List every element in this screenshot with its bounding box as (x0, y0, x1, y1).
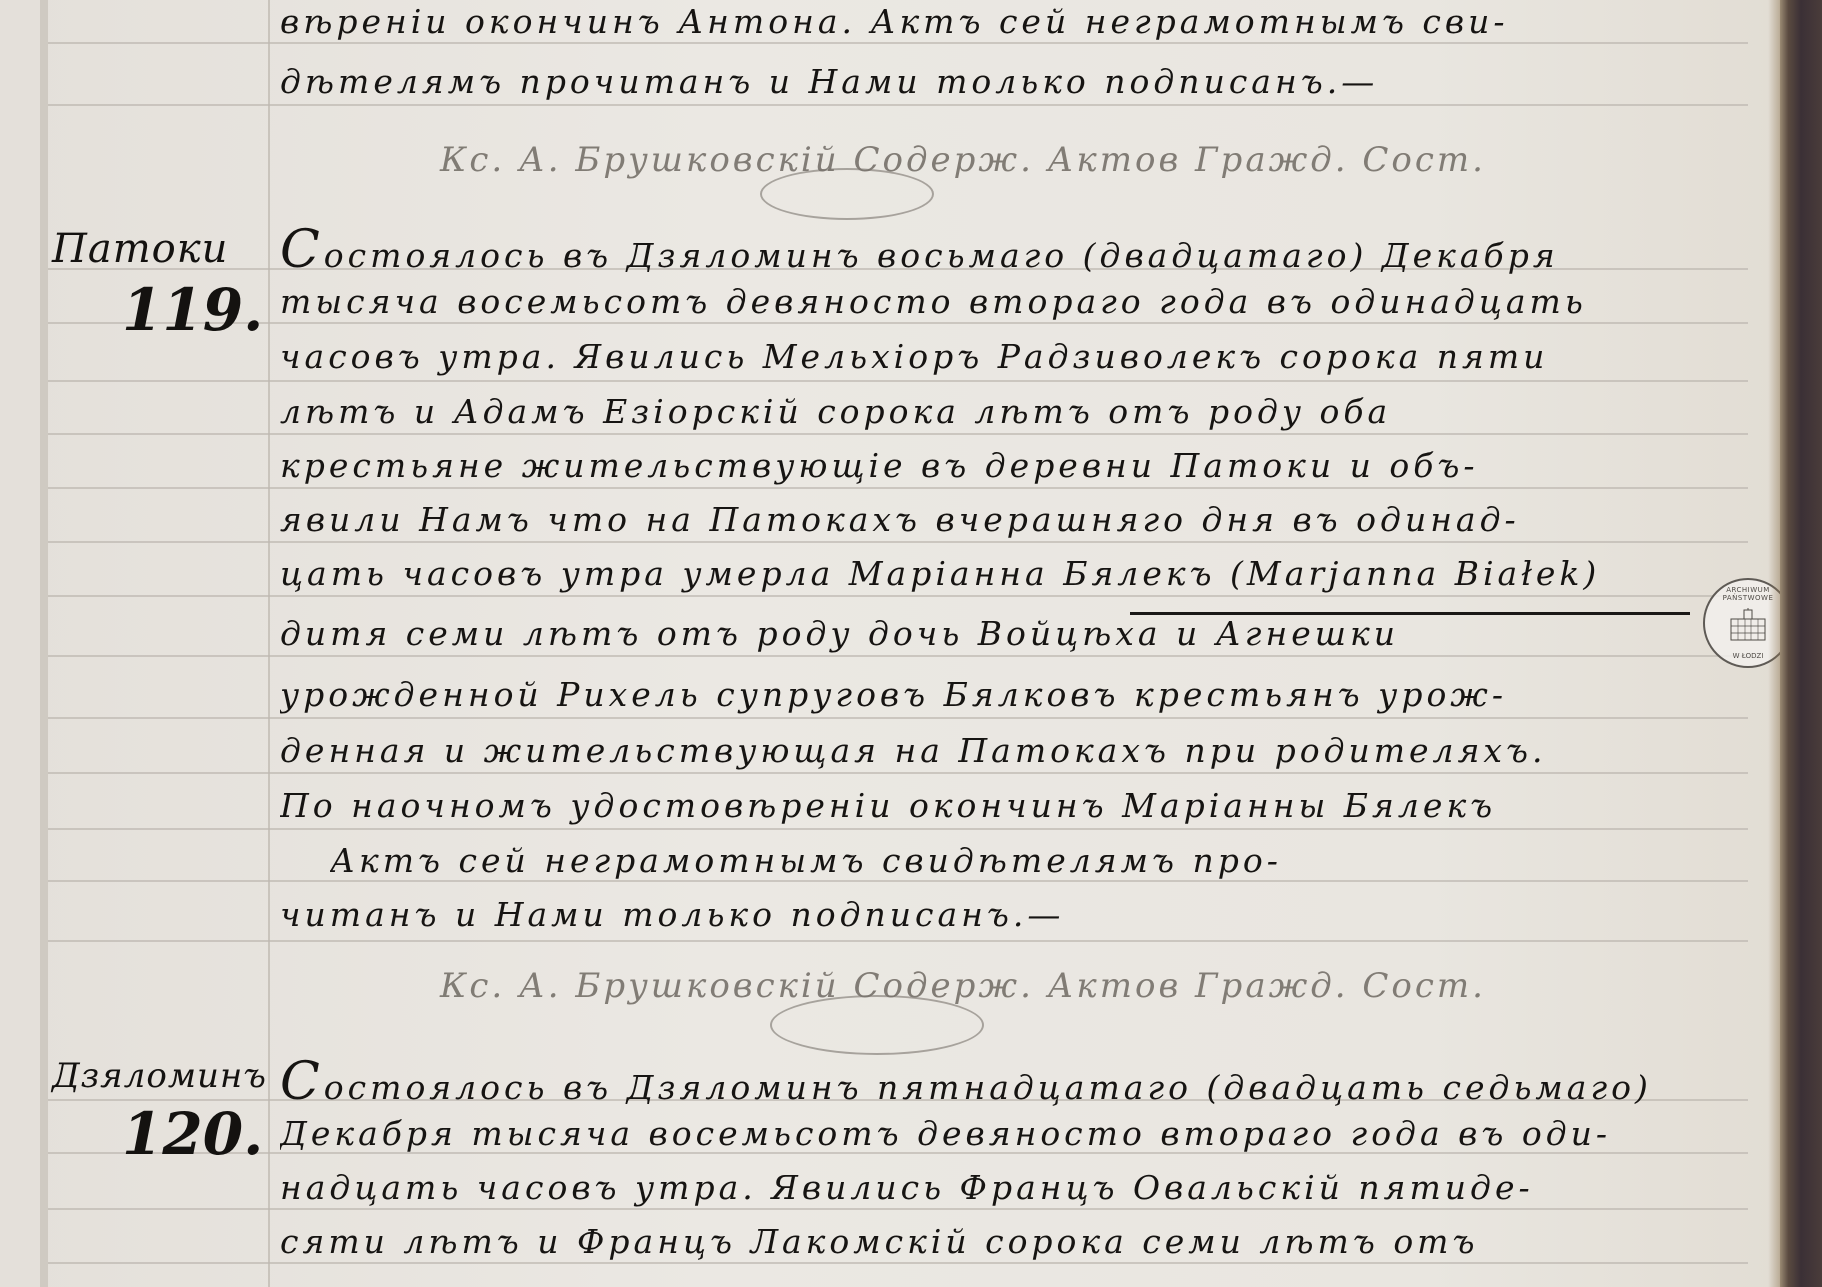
ruling-line (48, 104, 1748, 106)
ruling-line (48, 940, 1748, 942)
entry-line: лѣтъ и Адамъ Езіорскій сорока лѣтъ отъ р… (280, 392, 1720, 431)
entry-line: часовъ утра. Явились Мельхіоръ Радзиволе… (280, 337, 1720, 376)
entry-line: Состоялось въ Дзяломинъ восьмаго (двадца… (280, 220, 1720, 280)
ruling-line (48, 655, 1748, 657)
signature-flourish (760, 168, 934, 220)
record-number: 119. (122, 276, 262, 344)
ruling-line (48, 380, 1748, 382)
ruling-line (48, 433, 1748, 435)
ruling-line (48, 595, 1748, 597)
ruling-line (48, 828, 1748, 830)
margin-column-rule (268, 0, 270, 1287)
entry-line: Декабря тысяча восемьсотъ девяносто втор… (280, 1114, 1720, 1153)
entry-line: По наочномъ удостовѣреніи окончинъ Маріа… (280, 786, 1720, 825)
town-hall-icon (1728, 608, 1768, 642)
officiant-signature: Кс. А. Брушковскій Содерж. Актов Гражд. … (440, 140, 1540, 180)
ruling-line (48, 322, 1748, 324)
book-binding (1780, 0, 1822, 1287)
previous-entry-line: дѣтелямъ прочитанъ и Нами только подписа… (280, 62, 1720, 101)
entry-line: цать часовъ утра умерла Маріанна Бялекъ … (280, 554, 1720, 593)
ruling-line (48, 1208, 1748, 1210)
entry-line: денная и жительствующая на Патокахъ при … (280, 731, 1720, 770)
entry-line: явили Намъ что на Патокахъ вчерашняго дн… (280, 500, 1720, 539)
ruling-line (48, 717, 1748, 719)
entry-line: сяти лѣтъ и Францъ Лакомскій сорока семи… (280, 1222, 1720, 1261)
ruling-line (48, 42, 1748, 44)
record-number: 120. (122, 1100, 262, 1168)
ruling-line (48, 880, 1748, 882)
register-page: вѣреніи окончинъ Антона. Актъ сей неграм… (0, 0, 1780, 1287)
signature-flourish (770, 995, 984, 1055)
outer-margin-rule (40, 0, 48, 1287)
ruling-line (48, 541, 1748, 543)
entry-line: дитя семи лѣтъ отъ роду дочь Войцѣха и А… (280, 614, 1720, 653)
entry-line: читанъ и Нами только подписанъ.— (280, 895, 1720, 934)
margin-entry-119: Патоки 119. (52, 226, 262, 344)
entry-line: крестьяне жительствующіе въ деревни Пато… (280, 446, 1720, 485)
margin-entry-120: Дзяломинъ 120. (52, 1056, 262, 1168)
village-name: Патоки (52, 226, 262, 272)
ruling-line (48, 1262, 1748, 1264)
ruling-line (48, 487, 1748, 489)
entry-line: Состоялось въ Дзяломинъ пятнадцатаго (дв… (280, 1052, 1720, 1112)
previous-entry-line: вѣреніи окончинъ Антона. Актъ сей неграм… (280, 2, 1720, 41)
entry-line: надцать часовъ утра. Явились Францъ Овал… (280, 1168, 1720, 1207)
village-name: Дзяломинъ (52, 1056, 262, 1096)
ruling-line (48, 772, 1748, 774)
entry-line: урожденной Рихель супруговъ Бялковъ крес… (280, 675, 1720, 714)
entry-line: Актъ сей неграмотнымъ свидѣтелямъ про- (330, 841, 1770, 880)
officiant-signature: Кс. А. Брушковскій Содерж. Актов Гражд. … (440, 966, 1540, 1006)
entry-line: тысяча восемьсотъ девяносто втораго года… (280, 282, 1720, 321)
